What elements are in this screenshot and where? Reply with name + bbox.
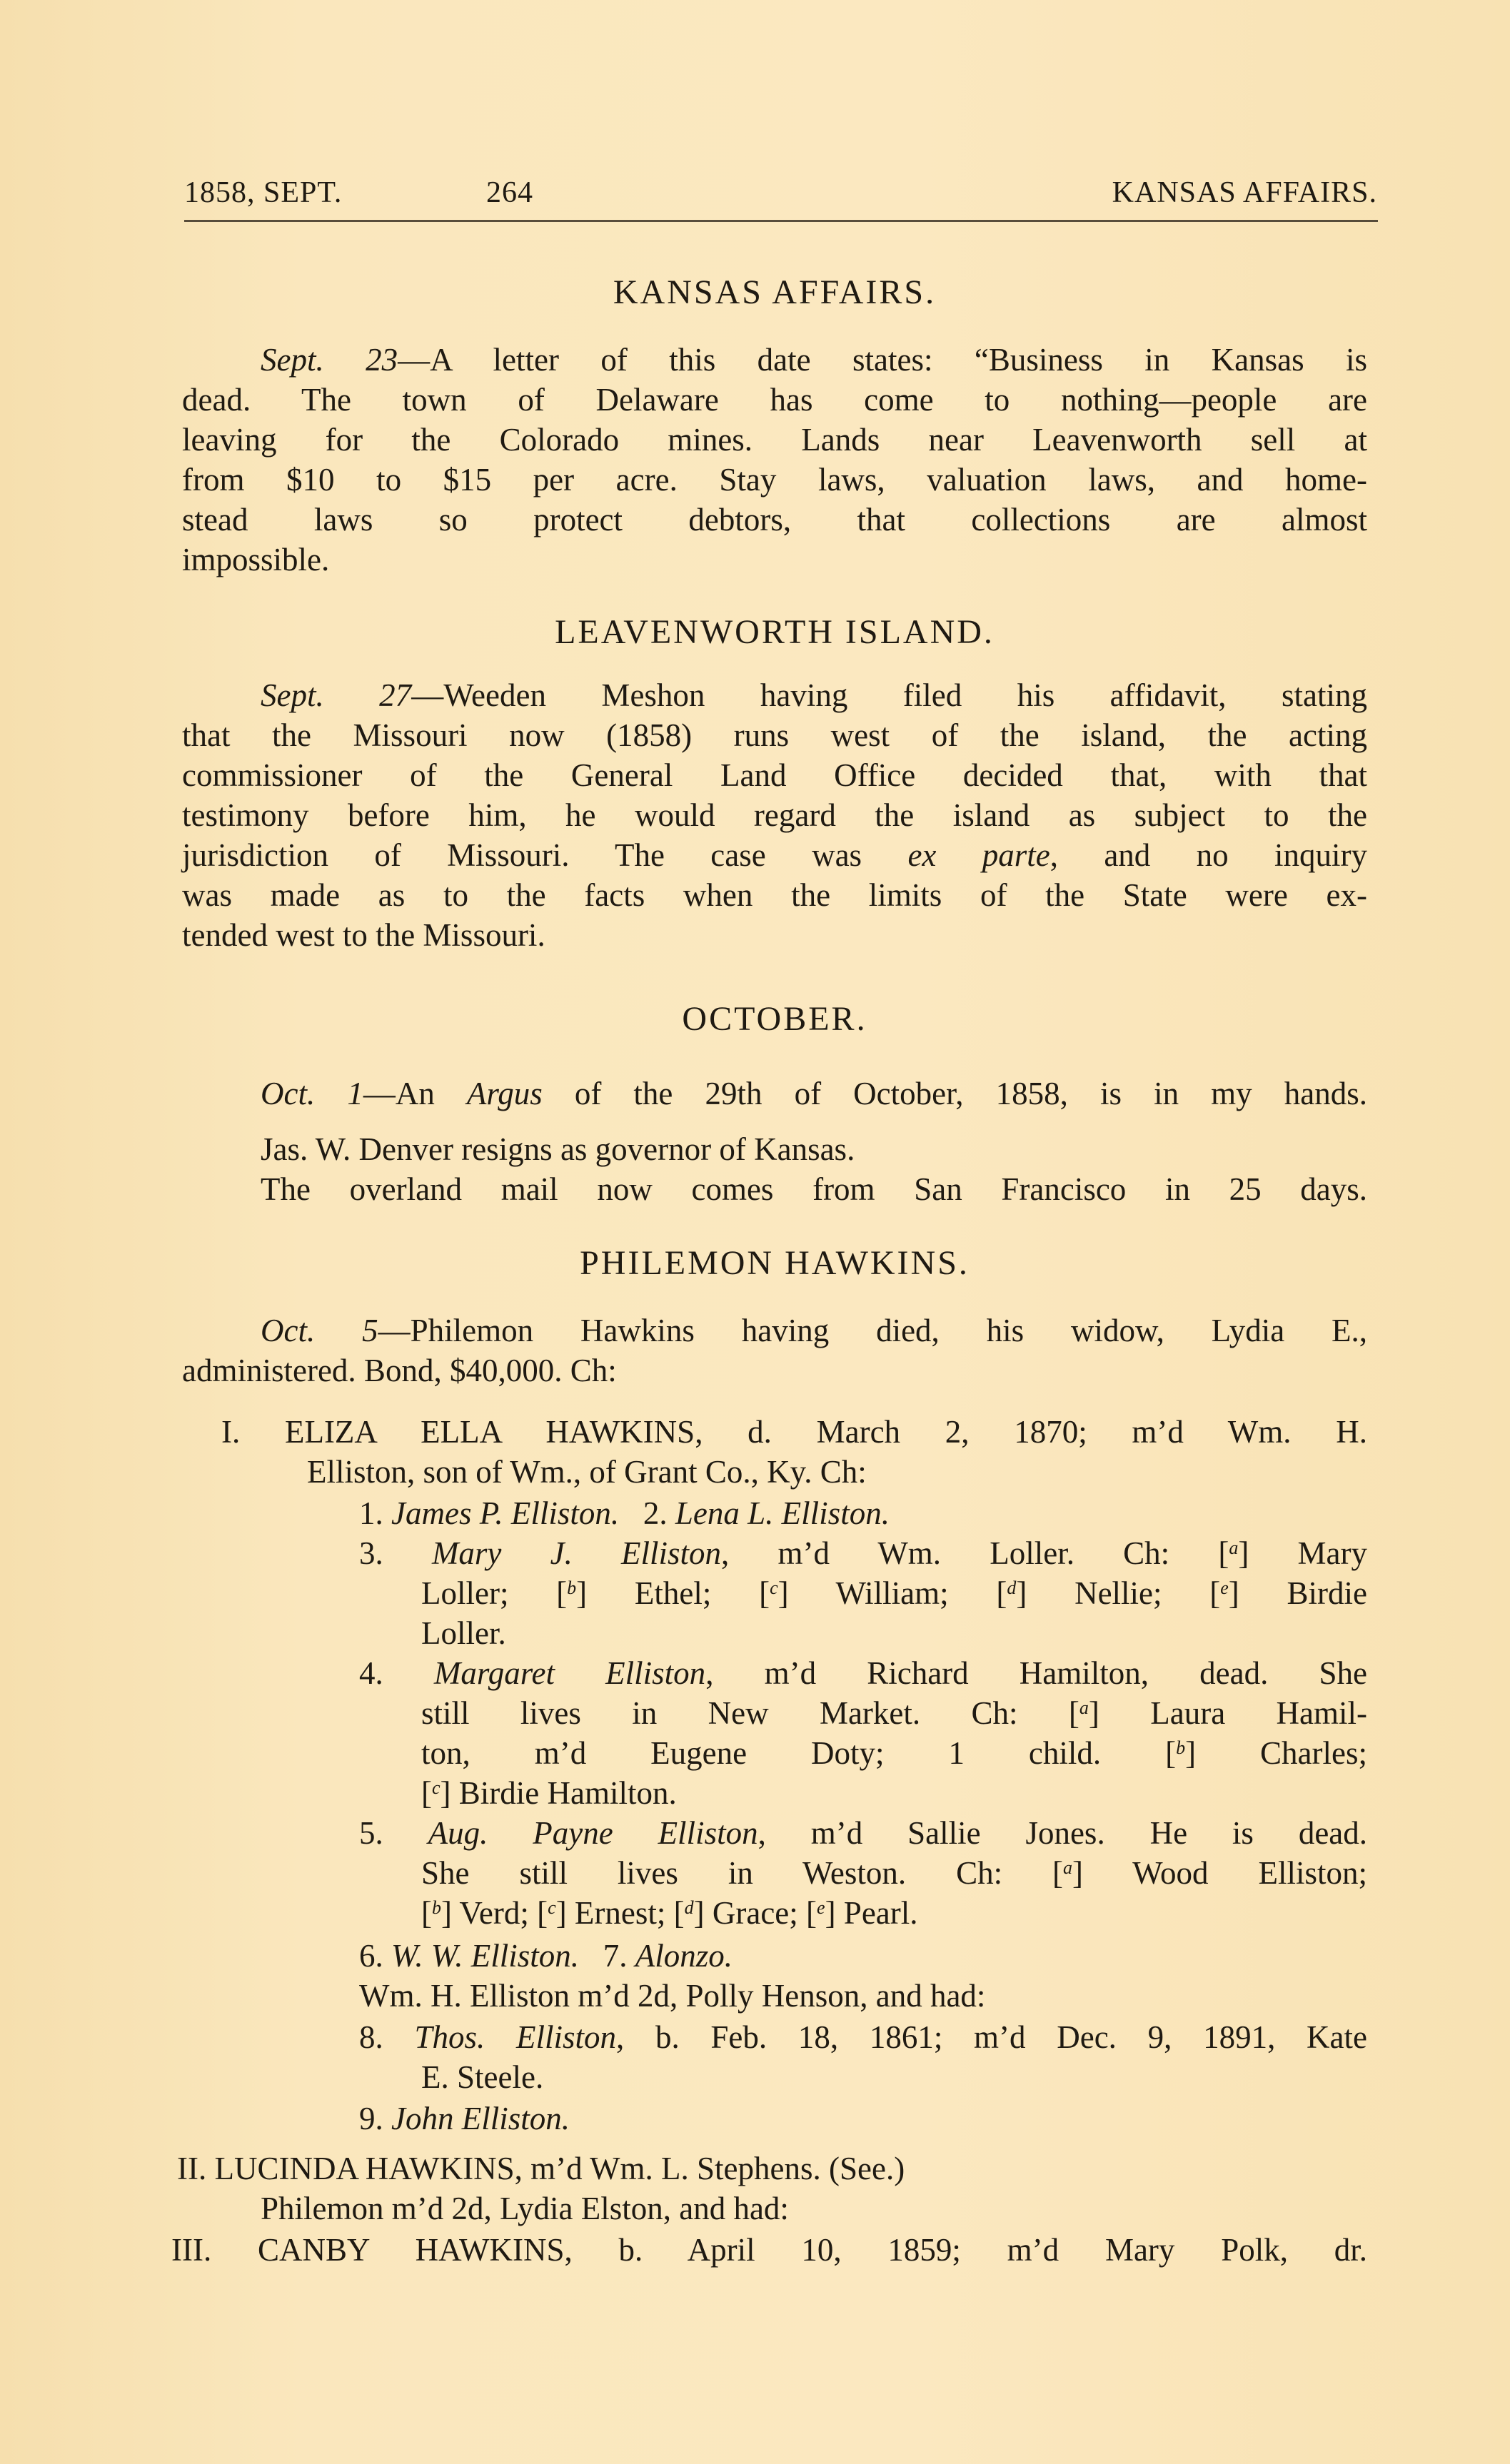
paragraph-line: testimony before him, he would regard th… [182, 795, 1367, 835]
genealogy-line: ton, m’d Eugene Doty; 1 child. [b] Charl… [421, 1733, 1367, 1773]
paragraph-line: from $10 to $15 per acre. Stay laws, val… [182, 460, 1367, 500]
paragraph-line: that the Missouri now (1858) runs west o… [182, 715, 1367, 755]
paragraph-line: Sept. 23—A letter of this date states: “… [261, 340, 1367, 380]
genealogy-line: Elliston, son of Wm., of Grant Co., Ky. … [307, 1452, 1367, 1492]
paragraph-line: Jas. W. Denver resigns as governor of Ka… [261, 1129, 1367, 1169]
entry-date: Oct. 1 [261, 1076, 363, 1111]
entry-date: Oct. 5 [261, 1313, 378, 1348]
genealogy-line: E. Steele. [421, 2057, 1367, 2097]
genealogy-entry: I. ELIZA ELLA HAWKINS, d. March 2, 1870;… [221, 1412, 1367, 1452]
paragraph-line: leaving for the Colorado mines. Lands ne… [182, 420, 1367, 460]
section-title-leavenworth-island: LEAVENWORTH ISLAND. [182, 612, 1367, 652]
section-title-kansas-affairs: KANSAS AFFAIRS. [182, 273, 1367, 312]
genealogy-line: 4. Margaret Elliston, m’d Richard Hamilt… [359, 1653, 1367, 1693]
newspaper-title: Argus [467, 1076, 543, 1111]
entry-date: Sept. 23 [261, 342, 398, 378]
genealogy-line: 5. Aug. Payne Elliston, m’d Sallie Jones… [359, 1813, 1367, 1853]
genealogy-line: Loller; [b] Ethel; [c] William; [d] Nell… [421, 1573, 1367, 1613]
genealogy-line: still lives in New Market. Ch: [a] Laura… [421, 1693, 1367, 1733]
paragraph-line: Sept. 27—Weeden Meshon having filed his … [261, 675, 1367, 715]
paragraph-line: tended west to the Missouri. [182, 915, 1367, 955]
paragraph-line: The overland mail now comes from San Fra… [261, 1169, 1367, 1209]
paragraph-line: stead laws so protect debtors, that coll… [182, 500, 1367, 540]
genealogy-line: She still lives in Weston. Ch: [a] Wood … [421, 1853, 1367, 1893]
genealogy-line: 3. Mary J. Elliston, m’d Wm. Loller. Ch:… [359, 1533, 1367, 1573]
genealogy-entry: II. LUCINDA HAWKINS, m’d Wm. L. Stephens… [177, 2149, 1362, 2188]
running-head-date: 1858, SEPT. [184, 176, 342, 210]
paragraph-line: administered. Bond, $40,000. Ch: [182, 1350, 1367, 1390]
genealogy-line: 1. James P. Elliston. 2. Lena L. Ellisto… [359, 1493, 1330, 1533]
paragraph-line: Oct. 5—Philemon Hawkins having died, his… [261, 1311, 1367, 1350]
paragraph-line: commissioner of the General Land Office … [182, 755, 1367, 795]
book-page: 1858, SEPT. 264 KANSAS AFFAIRS. KANSAS A… [0, 0, 1510, 2464]
paragraph-line: impossible. [182, 540, 1367, 580]
person-name: LUCINDA HAWKINS [214, 2151, 514, 2186]
paragraph-line: dead. The town of Delaware has come to n… [182, 380, 1367, 420]
genealogy-line: [b] Verd; [c] Ernest; [d] Grace; [e] Pea… [421, 1893, 1367, 1933]
genealogy-line: 8. Thos. Elliston, b. Feb. 18, 1861; m’d… [359, 2017, 1367, 2057]
entry-date: Sept. 27 [261, 677, 411, 713]
genealogy-entry: III. CANBY HAWKINS, b. April 10, 1859; m… [171, 2230, 1367, 2270]
latin-phrase: ex parte [907, 837, 1050, 873]
genealogy-line: Loller. [421, 1613, 1367, 1653]
page-number: 264 [446, 176, 574, 210]
person-name: CANBY HAWKINS [258, 2232, 565, 2268]
paragraph-line: Oct. 1—An Argus of the 29th of October, … [261, 1074, 1367, 1114]
genealogy-line: 6. W. W. Elliston. 7. Alonzo. [359, 1936, 1510, 1976]
genealogy-line: Philemon m’d 2d, Lydia Elston, and had: [261, 2188, 1446, 2228]
genealogy-line: 9. John Elliston. [359, 2099, 1510, 2139]
running-head-title: KANSAS AFFAIRS. [1112, 176, 1377, 210]
genealogy-line: [c] Birdie Hamilton. [421, 1773, 1367, 1813]
genealogy-line: Wm. H. Elliston m’d 2d, Polly Henson, an… [359, 1976, 1510, 2016]
paragraph-line: jurisdiction of Missouri. The case was e… [182, 835, 1367, 875]
paragraph-line: was made as to the facts when the limits… [182, 875, 1367, 915]
header-rule [184, 220, 1378, 222]
person-name: ELIZA ELLA HAWKINS [285, 1414, 695, 1450]
section-title-philemon-hawkins: PHILEMON HAWKINS. [182, 1243, 1367, 1283]
section-title-october: OCTOBER. [182, 999, 1367, 1039]
